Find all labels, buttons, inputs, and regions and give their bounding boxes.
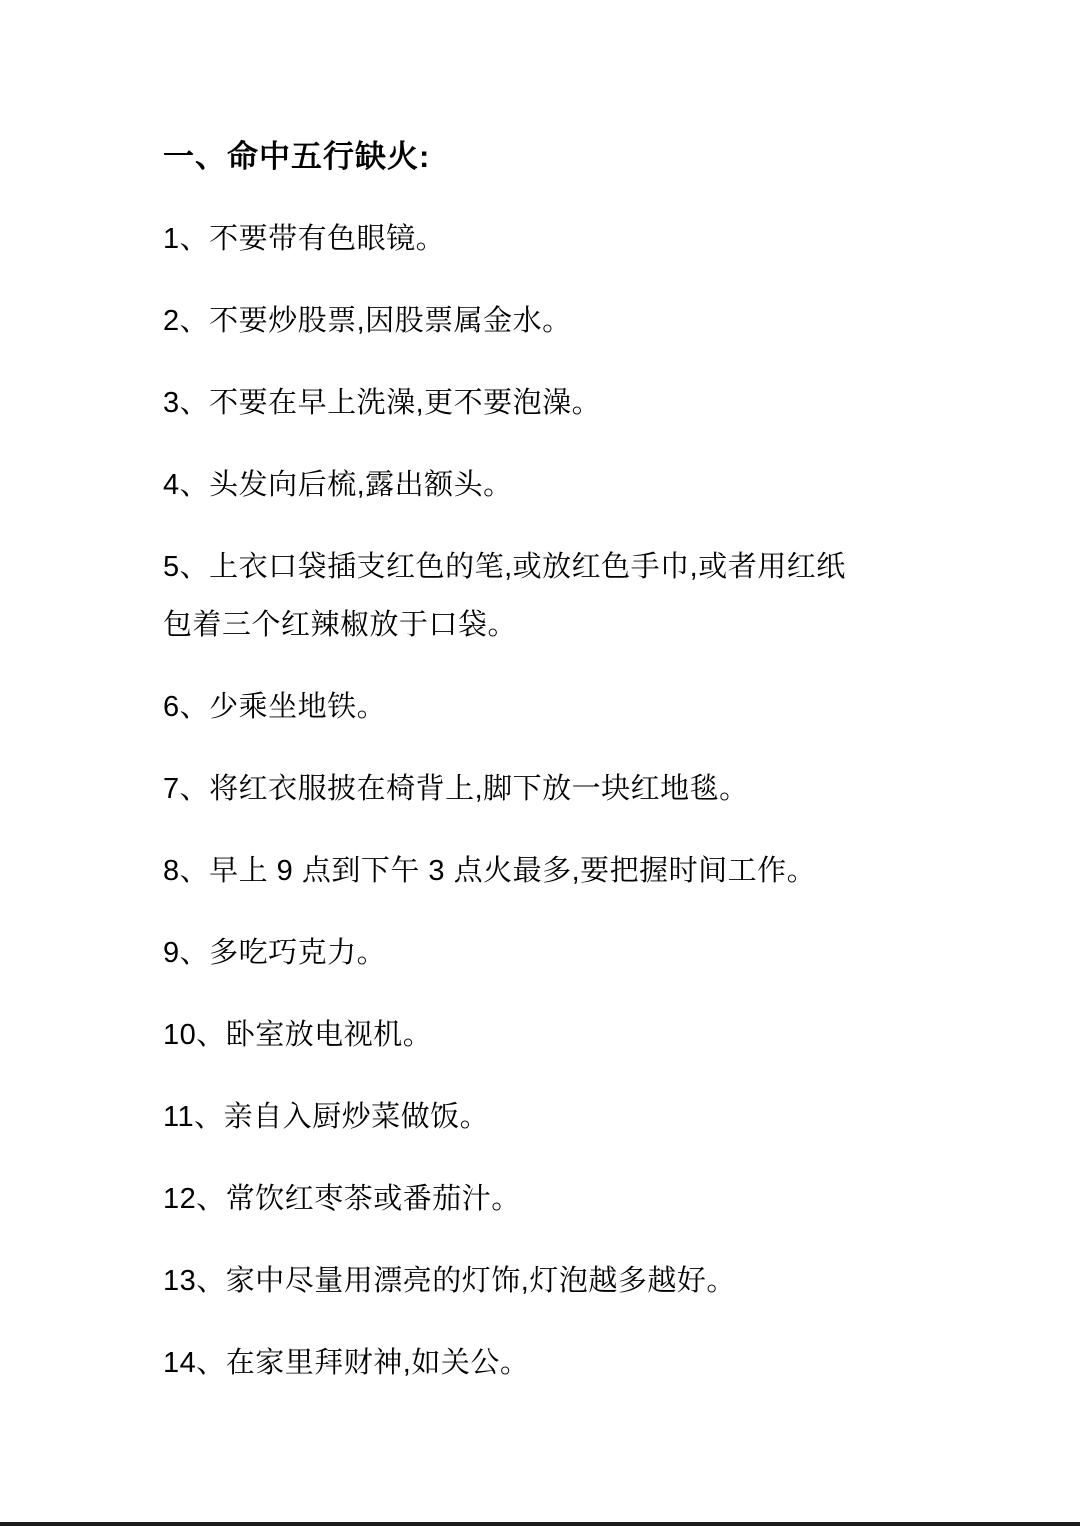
list-item: 1、不要带有色眼镜。	[163, 210, 920, 268]
document-content: 一、命中五行缺火: 1、不要带有色眼镜。 2、不要炒股票,因股票属金水。 3、不…	[163, 128, 920, 1416]
list-item: 9、多吃巧克力。	[163, 924, 920, 982]
list-item: 5、上衣口袋插支红色的笔,或放红色手巾,或者用红纸 包着三个红辣椒放于口袋。	[163, 538, 920, 654]
section-heading: 一、命中五行缺火:	[163, 128, 920, 186]
list-item: 3、不要在早上洗澡,更不要泡澡。	[163, 374, 920, 432]
list-item: 7、将红衣服披在椅背上,脚下放一块红地毯。	[163, 760, 920, 818]
page-bottom-edge	[0, 1522, 1080, 1526]
list-item: 10、卧室放电视机。	[163, 1006, 920, 1064]
list-item: 14、在家里拜财神,如关公。	[163, 1334, 920, 1392]
list-item: 2、不要炒股票,因股票属金水。	[163, 292, 920, 350]
list-item: 11、亲自入厨炒菜做饭。	[163, 1088, 920, 1146]
document-page: 一、命中五行缺火: 1、不要带有色眼镜。 2、不要炒股票,因股票属金水。 3、不…	[0, 0, 1080, 1526]
list-item: 8、早上 9 点到下午 3 点火最多,要把握时间工作。	[163, 842, 920, 900]
list-item: 4、头发向后梳,露出额头。	[163, 456, 920, 514]
list-item: 13、家中尽量用漂亮的灯饰,灯泡越多越好。	[163, 1252, 920, 1310]
list-item: 12、常饮红枣茶或番茄汁。	[163, 1170, 920, 1228]
list-item: 6、少乘坐地铁。	[163, 678, 920, 736]
